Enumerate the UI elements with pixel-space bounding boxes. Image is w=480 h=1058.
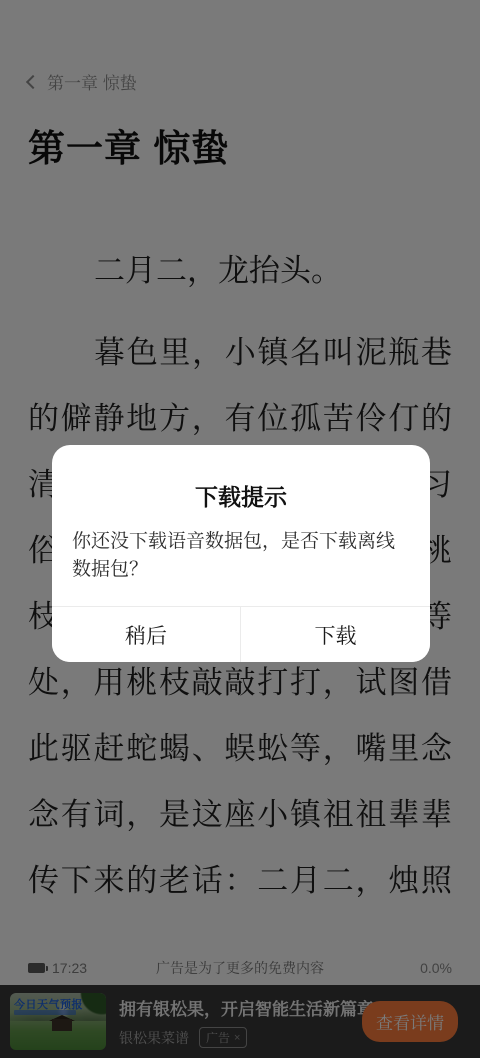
download-button[interactable]: 下载 [241, 607, 430, 662]
download-dialog: 下载提示 你还没下载语音数据包，是否下载离线数据包？ 稍后 下载 [52, 445, 430, 662]
dialog-message: 你还没下载语音数据包，是否下载离线数据包？ [72, 528, 408, 584]
dialog-button-row: 稍后 下载 [52, 606, 430, 662]
reader-screen: 第一章 惊蛰 第一章 惊蛰 二月二，龙抬头。暮色里，小镇名叫泥瓶巷的僻静地方，有… [0, 0, 480, 1058]
dialog-title: 下载提示 [52, 479, 430, 512]
later-button[interactable]: 稍后 [52, 607, 241, 662]
